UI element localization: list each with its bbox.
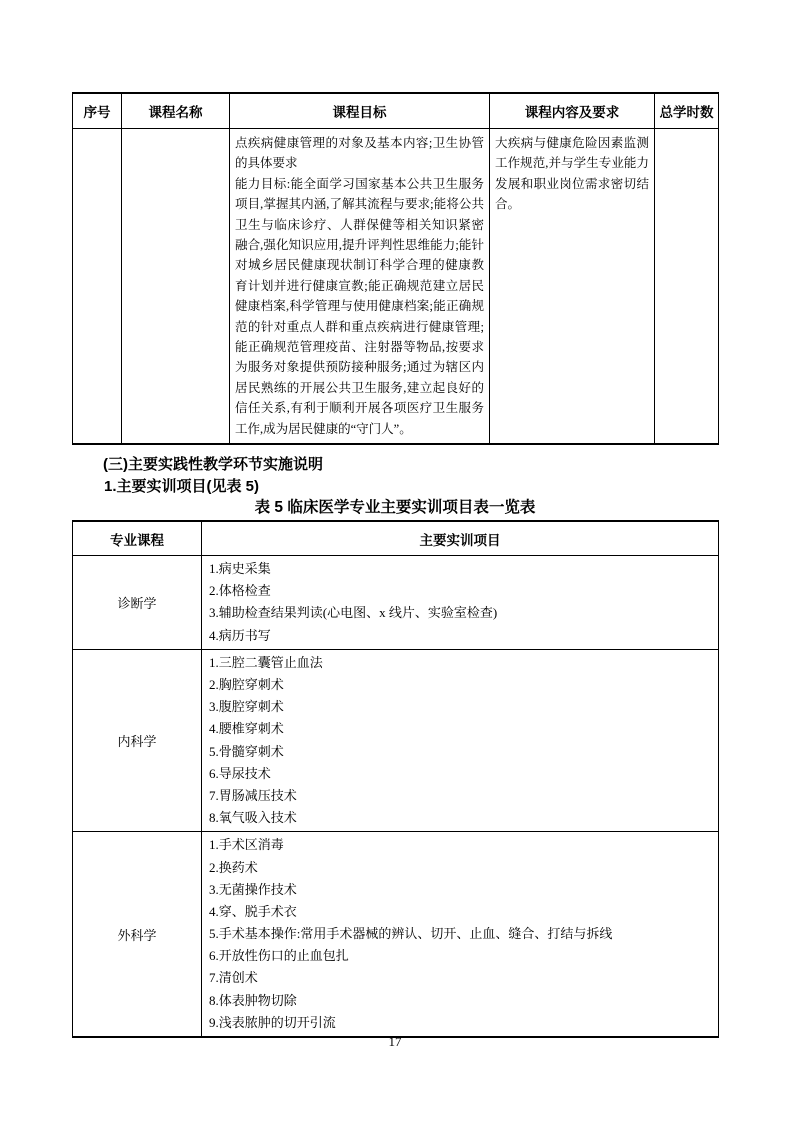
training-item: 9.浅表脓肿的切开引流 [209, 1012, 711, 1034]
header-objectives: 课程目标 [230, 93, 490, 129]
section-subheading: 1.主要实训项目(见表 5) [104, 476, 718, 497]
header-seq: 序号 [73, 93, 122, 129]
training-item: 6.开放性伤口的止血包扎 [209, 945, 711, 967]
training-item: 5.骨髓穿刺术 [209, 741, 711, 763]
training-projects-table: 专业课程 主要实训项目 诊断学 1.病史采集 2.体格检查 3.辅助检查结果判读… [72, 520, 719, 1038]
training-item: 1.病史采集 [209, 558, 711, 580]
training-item: 2.换药术 [209, 857, 711, 879]
page-content: 序号 课程名称 课程目标 课程内容及要求 总学时数 点疾病健康管理的对象及基本内… [72, 92, 718, 1038]
header-course-name: 课程名称 [122, 93, 230, 129]
training-item: 7.胃肠减压技术 [209, 785, 711, 807]
document-page: 序号 课程名称 课程目标 课程内容及要求 总学时数 点疾病健康管理的对象及基本内… [0, 0, 793, 1122]
course-name: 内科学 [73, 649, 202, 832]
training-item: 3.无菌操作技术 [209, 879, 711, 901]
training-item: 7.清创术 [209, 967, 711, 989]
training-item: 4.病历书写 [209, 625, 711, 647]
training-item: 2.胸腔穿刺术 [209, 674, 711, 696]
table-row-diagnostics: 诊断学 1.病史采集 2.体格检查 3.辅助检查结果判读(心电图、x 线片、实验… [73, 556, 719, 650]
section-heading: (三)主要实践性教学环节实施说明 [103, 454, 718, 475]
training-items: 1.手术区消毒 2.换药术 3.无菌操作技术 4.穿、脱手术衣 5.手术基本操作… [202, 832, 719, 1037]
training-item: 2.体格检查 [209, 580, 711, 602]
training-items: 1.病史采集 2.体格检查 3.辅助检查结果判读(心电图、x 线片、实验室检查)… [202, 556, 719, 650]
course-table-row: 点疾病健康管理的对象及基本内容;卫生协管的具体要求 能力目标:能全面学习国家基本… [73, 129, 719, 445]
header-training-projects: 主要实训项目 [202, 521, 719, 556]
cell-objectives: 点疾病健康管理的对象及基本内容;卫生协管的具体要求 能力目标:能全面学习国家基本… [230, 129, 490, 445]
training-item: 1.手术区消毒 [209, 834, 711, 856]
training-item: 5.手术基本操作:常用手术器械的辨认、切开、止血、缝合、打结与拆线 [209, 923, 711, 945]
header-professional-course: 专业课程 [73, 521, 202, 556]
training-item: 8.氧气吸入技术 [209, 807, 711, 829]
course-name: 诊断学 [73, 556, 202, 650]
content-paragraph: 大疾病与健康危险因素监测工作规范,并与学生专业能力发展和职业岗位需求密切结合。 [495, 133, 649, 215]
objectives-paragraph-2: 能力目标:能全面学习国家基本公共卫生服务项目,掌握其内涵,了解其流程与要求;能将… [235, 174, 484, 439]
training-item: 8.体表肿物切除 [209, 990, 711, 1012]
cell-content-requirements: 大疾病与健康危险因素监测工作规范,并与学生专业能力发展和职业岗位需求密切结合。 [490, 129, 655, 445]
training-items: 1.三腔二囊管止血法 2.胸腔穿刺术 3.腹腔穿刺术 4.腰椎穿刺术 5.骨髓穿… [202, 649, 719, 832]
cell-total-hours [655, 129, 719, 445]
course-table-header-row: 序号 课程名称 课程目标 课程内容及要求 总学时数 [73, 93, 719, 129]
table-row-surgery: 外科学 1.手术区消毒 2.换药术 3.无菌操作技术 4.穿、脱手术衣 5.手术… [73, 832, 719, 1037]
table-row-internal-medicine: 内科学 1.三腔二囊管止血法 2.胸腔穿刺术 3.腹腔穿刺术 4.腰椎穿刺术 5… [73, 649, 719, 832]
course-overview-table: 序号 课程名称 课程目标 课程内容及要求 总学时数 点疾病健康管理的对象及基本内… [72, 92, 719, 445]
course-name: 外科学 [73, 832, 202, 1037]
cell-seq [73, 129, 122, 445]
training-item: 3.腹腔穿刺术 [209, 696, 711, 718]
training-item: 4.腰椎穿刺术 [209, 718, 711, 740]
table5-title: 表 5 临床医学专业主要实训项目表一览表 [72, 498, 718, 518]
header-total-hours: 总学时数 [655, 93, 719, 129]
training-item: 6.导尿技术 [209, 763, 711, 785]
training-item: 4.穿、脱手术衣 [209, 901, 711, 923]
cell-course-name [122, 129, 230, 445]
training-table-header-row: 专业课程 主要实训项目 [73, 521, 719, 556]
training-item: 1.三腔二囊管止血法 [209, 652, 711, 674]
page-number: 17 [72, 1034, 718, 1050]
objectives-paragraph-1: 点疾病健康管理的对象及基本内容;卫生协管的具体要求 [235, 133, 484, 174]
header-content-requirements: 课程内容及要求 [490, 93, 655, 129]
training-item: 3.辅助检查结果判读(心电图、x 线片、实验室检查) [209, 602, 711, 624]
